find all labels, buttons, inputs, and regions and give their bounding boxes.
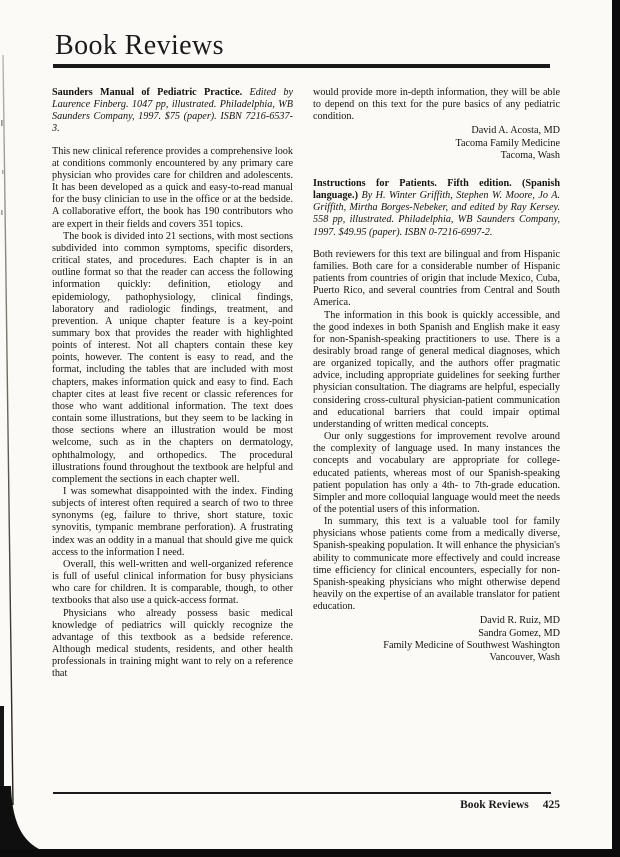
review-2-signature: David R. Ruiz, MD Sandra Gomez, MD Famil… xyxy=(313,615,560,664)
page-title: Book Reviews xyxy=(55,30,224,62)
reviewer-name: David A. Acosta, MD xyxy=(313,125,560,137)
column-left: Saunders Manual of Pediatric Practice. E… xyxy=(52,87,293,681)
journal-page: Book Reviews Saunders Manual of Pediatri… xyxy=(0,0,620,857)
review-1-paragraph: The book is divided into 21 sections, wi… xyxy=(52,231,293,486)
reviewer-location: Tacoma, Wash xyxy=(313,150,560,162)
footer-section-label: Book Reviews xyxy=(460,799,529,811)
review-1-book-title: Saunders Manual of Pediatric Practice. xyxy=(52,87,242,98)
review-2-paragraph: The information in this book is quickly … xyxy=(313,310,560,432)
review-1-paragraph: I was somewhat disappointed with the ind… xyxy=(52,486,293,559)
reviewer-name: David R. Ruiz, MD xyxy=(313,615,560,627)
review-2-paragraph: In summary, this text is a valuable tool… xyxy=(313,516,560,613)
review-1-paragraph: Physicians who already possess basic med… xyxy=(52,608,293,681)
reviewer-affiliation: Family Medicine of Southwest Washington xyxy=(313,640,560,652)
review-2-heading: Instructions for Patients. Fifth edition… xyxy=(313,178,560,239)
review-1-paragraph: Overall, this well-written and well-orga… xyxy=(52,559,293,608)
review-2-paragraph: Both reviewers for this text are bilingu… xyxy=(313,249,560,310)
footer-page-number: 425 xyxy=(543,799,560,811)
page-footer: Book Reviews425 xyxy=(53,799,560,811)
review-2-paragraph: Our only suggestions for improvement rev… xyxy=(313,431,560,516)
review-1-signature: David A. Acosta, MD Tacoma Family Medici… xyxy=(313,125,560,161)
column-right: would provide more in-depth information,… xyxy=(313,87,560,664)
reviewer-affiliation: Tacoma Family Medicine xyxy=(313,138,560,150)
footer-rule xyxy=(53,792,551,794)
reviewer-name: Sandra Gomez, MD xyxy=(313,628,560,640)
page-edge-bottom xyxy=(0,849,620,857)
review-1-paragraph: This new clinical reference provides a c… xyxy=(52,146,293,231)
title-rule xyxy=(53,64,550,68)
page-edge-right xyxy=(612,0,620,857)
reviewer-location: Vancouver, Wash xyxy=(313,652,560,664)
review-1-paragraph-continuation: would provide more in-depth information,… xyxy=(313,87,560,123)
review-1-heading: Saunders Manual of Pediatric Practice. E… xyxy=(52,87,293,136)
